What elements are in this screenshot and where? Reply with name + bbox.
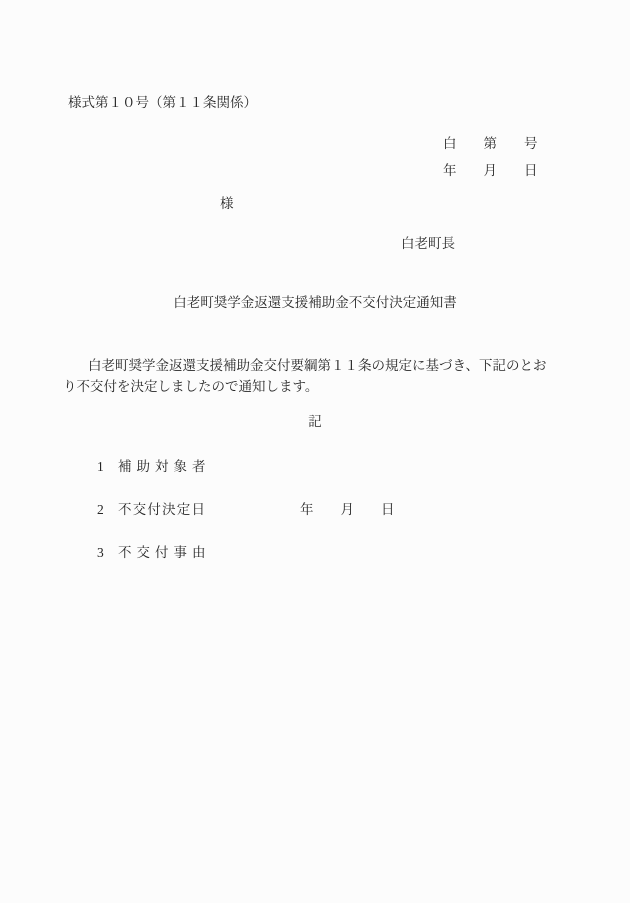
item-value-date: 年 月 日 — [300, 502, 395, 518]
issue-date-line: 年 月 日 — [443, 163, 538, 179]
list-item-reason: 3 不交付事由 — [97, 545, 557, 562]
item-label: 不交付決定日 — [118, 502, 206, 518]
addressee-honorific: 様 — [220, 196, 234, 212]
document-page: 様式第１０号（第１１条関係） 白 第 号 年 月 日 様 白老町長 白老町奨学金… — [0, 0, 630, 903]
list-item-subsidy-recipient: 1 補助対象者 — [97, 459, 557, 476]
body-line-1: 白老町奨学金返還支援補助金交付要綱第１１条の規定に基づき、下記のとお — [63, 355, 559, 376]
body-line-2: り不交付を決定しましたので通知します。 — [63, 376, 559, 397]
form-number: 様式第１０号（第１１条関係） — [68, 95, 257, 111]
sender-name: 白老町長 — [401, 236, 455, 252]
document-title: 白老町奨学金返還支援補助金不交付決定通知書 — [0, 295, 630, 311]
record-heading: 記 — [0, 414, 630, 430]
item-number: 2 — [97, 502, 104, 518]
item-label: 補助対象者 — [118, 459, 211, 475]
doc-number-line: 白 第 号 — [443, 136, 538, 152]
body-paragraph: 白老町奨学金返還支援補助金交付要綱第１１条の規定に基づき、下記のとお り不交付を… — [63, 355, 559, 397]
item-label: 不交付事由 — [118, 545, 211, 561]
item-number: 1 — [97, 459, 104, 475]
list-item-decision-date: 2 不交付決定日 年 月 日 — [97, 502, 557, 519]
item-number: 3 — [97, 545, 104, 561]
